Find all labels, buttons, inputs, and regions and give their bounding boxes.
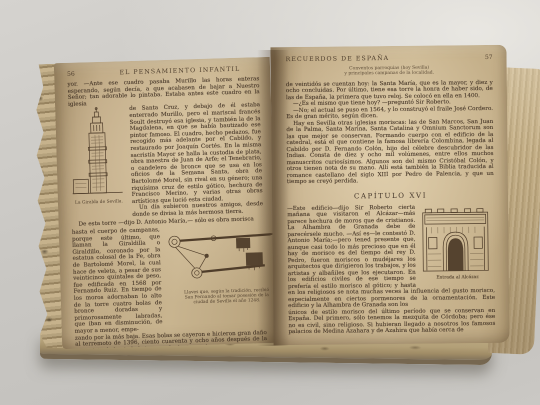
right-running-title: RECUERDOS DE ESPAÑA bbox=[286, 55, 390, 63]
right-paragraph-1: de veintidós se cuentan hoy: la Santa Ma… bbox=[286, 80, 493, 102]
keys-caption: Llaves que, según la tradición, recibió … bbox=[181, 288, 273, 306]
left-keys-row: hasta el cuerpo de campanas, porque este… bbox=[72, 224, 267, 335]
left-page-header: 56 EL PENSAMIENTO INFANTIL bbox=[67, 65, 259, 78]
alcazar-entrance-engraving-icon bbox=[420, 206, 491, 273]
right-page-header: RECUERDOS DE ESPAÑA 57 bbox=[286, 54, 493, 63]
right-page: RECUERDOS DE ESPAÑA 57 Conventos parroqu… bbox=[270, 45, 509, 345]
book-photograph: 56 EL PENSAMIENTO INFANTIL yor. —Ante es… bbox=[0, 0, 540, 405]
keys-engraving-icon bbox=[165, 226, 278, 285]
left-column-beside-tower: de Santa Cruz, y debajo de él estaba ent… bbox=[129, 103, 263, 219]
right-page-number: 57 bbox=[485, 54, 493, 61]
left-page: 56 EL PENSAMIENTO INFANTIL yor. —Ante es… bbox=[54, 57, 278, 349]
right-paragraph-5: Entrada al Alcázar. —Este edificio—dijo … bbox=[287, 204, 495, 310]
chapter-heading: CAPÍTULO XVI bbox=[287, 191, 494, 201]
left-page-content: 56 EL PENSAMIENTO INFANTIL yor. —Ante es… bbox=[54, 57, 278, 349]
left-tower-row: La Giralda de Sevilla. de Santa Cruz, y … bbox=[68, 103, 263, 221]
alcazar-figure: Entrada al Alcázar. bbox=[420, 206, 495, 281]
giralda-caption: La Giralda de Sevilla. bbox=[71, 200, 127, 207]
right-page-content: RECUERDOS DE ESPAÑA 57 Conventos parroqu… bbox=[270, 45, 509, 345]
giralda-tower-engraving-icon bbox=[68, 107, 125, 197]
left-paragraph-beside-tower: de Santa Cruz, y debajo de él estaba ent… bbox=[129, 103, 263, 206]
left-page-number: 56 bbox=[67, 71, 75, 78]
alcazar-caption: Entrada al Alcázar. bbox=[421, 275, 495, 281]
left-running-title: EL PENSAMIENTO INFANTIL bbox=[101, 65, 259, 77]
keys-figure: Llaves que, según la tradición, recibió … bbox=[165, 224, 278, 333]
giralda-figure: La Giralda de Sevilla. bbox=[68, 107, 127, 221]
footnote-line-2: y principales campanas de la localidad. bbox=[296, 70, 483, 77]
right-paragraph-6: únicos de estilo morisco del último perí… bbox=[288, 308, 495, 336]
left-paragraph-beside-keys: hasta el cuerpo de campanas, porque este… bbox=[72, 227, 163, 335]
right-paragraph-4: Hay en Sevilla otras iglesias moriscas: … bbox=[286, 119, 494, 186]
